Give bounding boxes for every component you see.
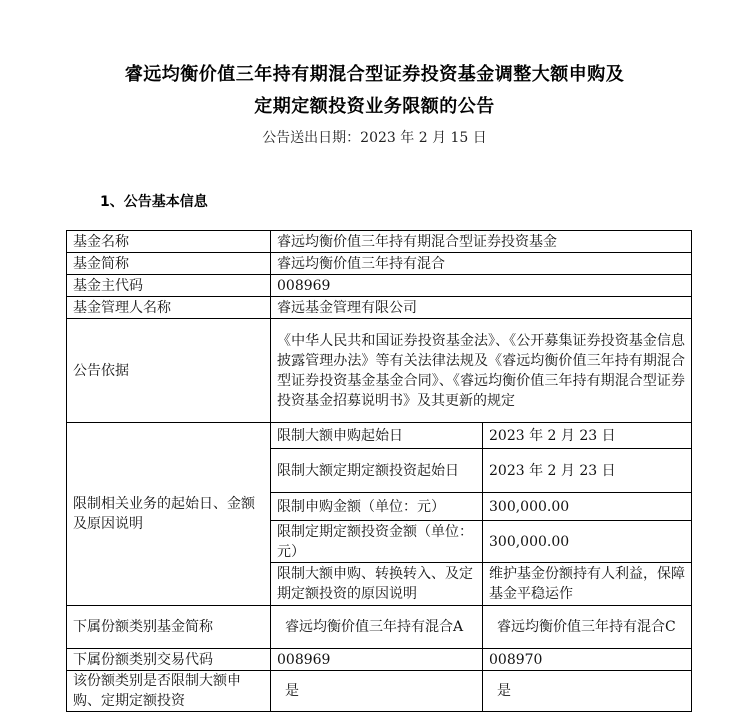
class-c-cell: 是	[483, 671, 692, 712]
basic-info-table: 基金名称 睿远均衡价值三年持有期混合型证券投资基金 基金简称 睿远均衡价值三年持…	[66, 230, 692, 712]
sub-value-cell: 300,000.00	[483, 493, 692, 521]
sub-label-cell: 限制定期定额投资金额（单位：元）	[271, 521, 483, 563]
table-row-share-class-name: 下属份额类别基金简称 睿远均衡价值三年持有混合A 睿远均衡价值三年持有混合C	[67, 606, 692, 649]
label-cell: 下属份额类别基金简称	[67, 606, 271, 649]
label-cell: 基金主代码	[67, 275, 271, 297]
table-row-share-class-limited: 该份额类别是否限制大额申购、定期定额投资 是 是	[67, 671, 692, 712]
sub-value-cell: 300,000.00	[483, 521, 692, 563]
value-cell: 睿远均衡价值三年持有期混合型证券投资基金	[271, 231, 692, 253]
label-cell: 该份额类别是否限制大额申购、定期定额投资	[67, 671, 271, 712]
class-a-cell: 008969	[271, 649, 483, 671]
sub-value-cell: 2023 年 2 月 23 日	[483, 449, 692, 493]
table-row-fund-short-name: 基金简称 睿远均衡价值三年持有混合	[67, 253, 692, 275]
value-cell: 008969	[271, 275, 692, 297]
announcement-title-line1: 睿远均衡价值三年持有期混合型证券投资基金调整大额申购及	[0, 60, 749, 86]
sub-value-cell: 2023 年 2 月 23 日	[483, 423, 692, 449]
class-c-cell: 睿远均衡价值三年持有混合C	[483, 606, 692, 649]
table-row-manager: 基金管理人名称 睿远基金管理有限公司	[67, 297, 692, 319]
class-a-cell: 睿远均衡价值三年持有混合A	[271, 606, 483, 649]
class-a-cell: 是	[271, 671, 483, 712]
label-cell: 公告依据	[67, 319, 271, 423]
sub-value-cell: 维护基金份额持有人利益，保障基金平稳运作	[483, 563, 692, 606]
table-row-share-class-code: 下属份额类别交易代码 008969 008970	[67, 649, 692, 671]
section-heading: 1、公告基本信息	[100, 191, 208, 211]
label-cell: 基金名称	[67, 231, 271, 253]
sub-label-cell: 限制大额申购、转换转入、及定期定额投资的原因说明	[271, 563, 483, 606]
table-row-basis: 公告依据 《中华人民共和国证券投资基金法》、《公开募集证券投资基金信息披露管理办…	[67, 319, 692, 423]
value-cell: 《中华人民共和国证券投资基金法》、《公开募集证券投资基金信息披露管理办法》等有关…	[271, 319, 692, 423]
announcement-date: 公告送出日期：2023 年 2 月 15 日	[0, 127, 749, 147]
value-cell: 睿远均衡价值三年持有混合	[271, 253, 692, 275]
table-row-fund-name: 基金名称 睿远均衡价值三年持有期混合型证券投资基金	[67, 231, 692, 253]
table-row-fund-code: 基金主代码 008969	[67, 275, 692, 297]
label-cell: 限制相关业务的起始日、金额及原因说明	[67, 423, 271, 606]
table-row-restriction-start: 限制相关业务的起始日、金额及原因说明 限制大额申购起始日 2023 年 2 月 …	[67, 423, 692, 449]
announcement-title-line2: 定期定额投资业务限额的公告	[0, 92, 749, 118]
sub-label-cell: 限制申购金额（单位：元）	[271, 493, 483, 521]
sub-label-cell: 限制大额申购起始日	[271, 423, 483, 449]
label-cell: 基金简称	[67, 253, 271, 275]
label-cell: 下属份额类别交易代码	[67, 649, 271, 671]
class-c-cell: 008970	[483, 649, 692, 671]
label-cell: 基金管理人名称	[67, 297, 271, 319]
sub-label-cell: 限制大额定期定额投资起始日	[271, 449, 483, 493]
value-cell: 睿远基金管理有限公司	[271, 297, 692, 319]
